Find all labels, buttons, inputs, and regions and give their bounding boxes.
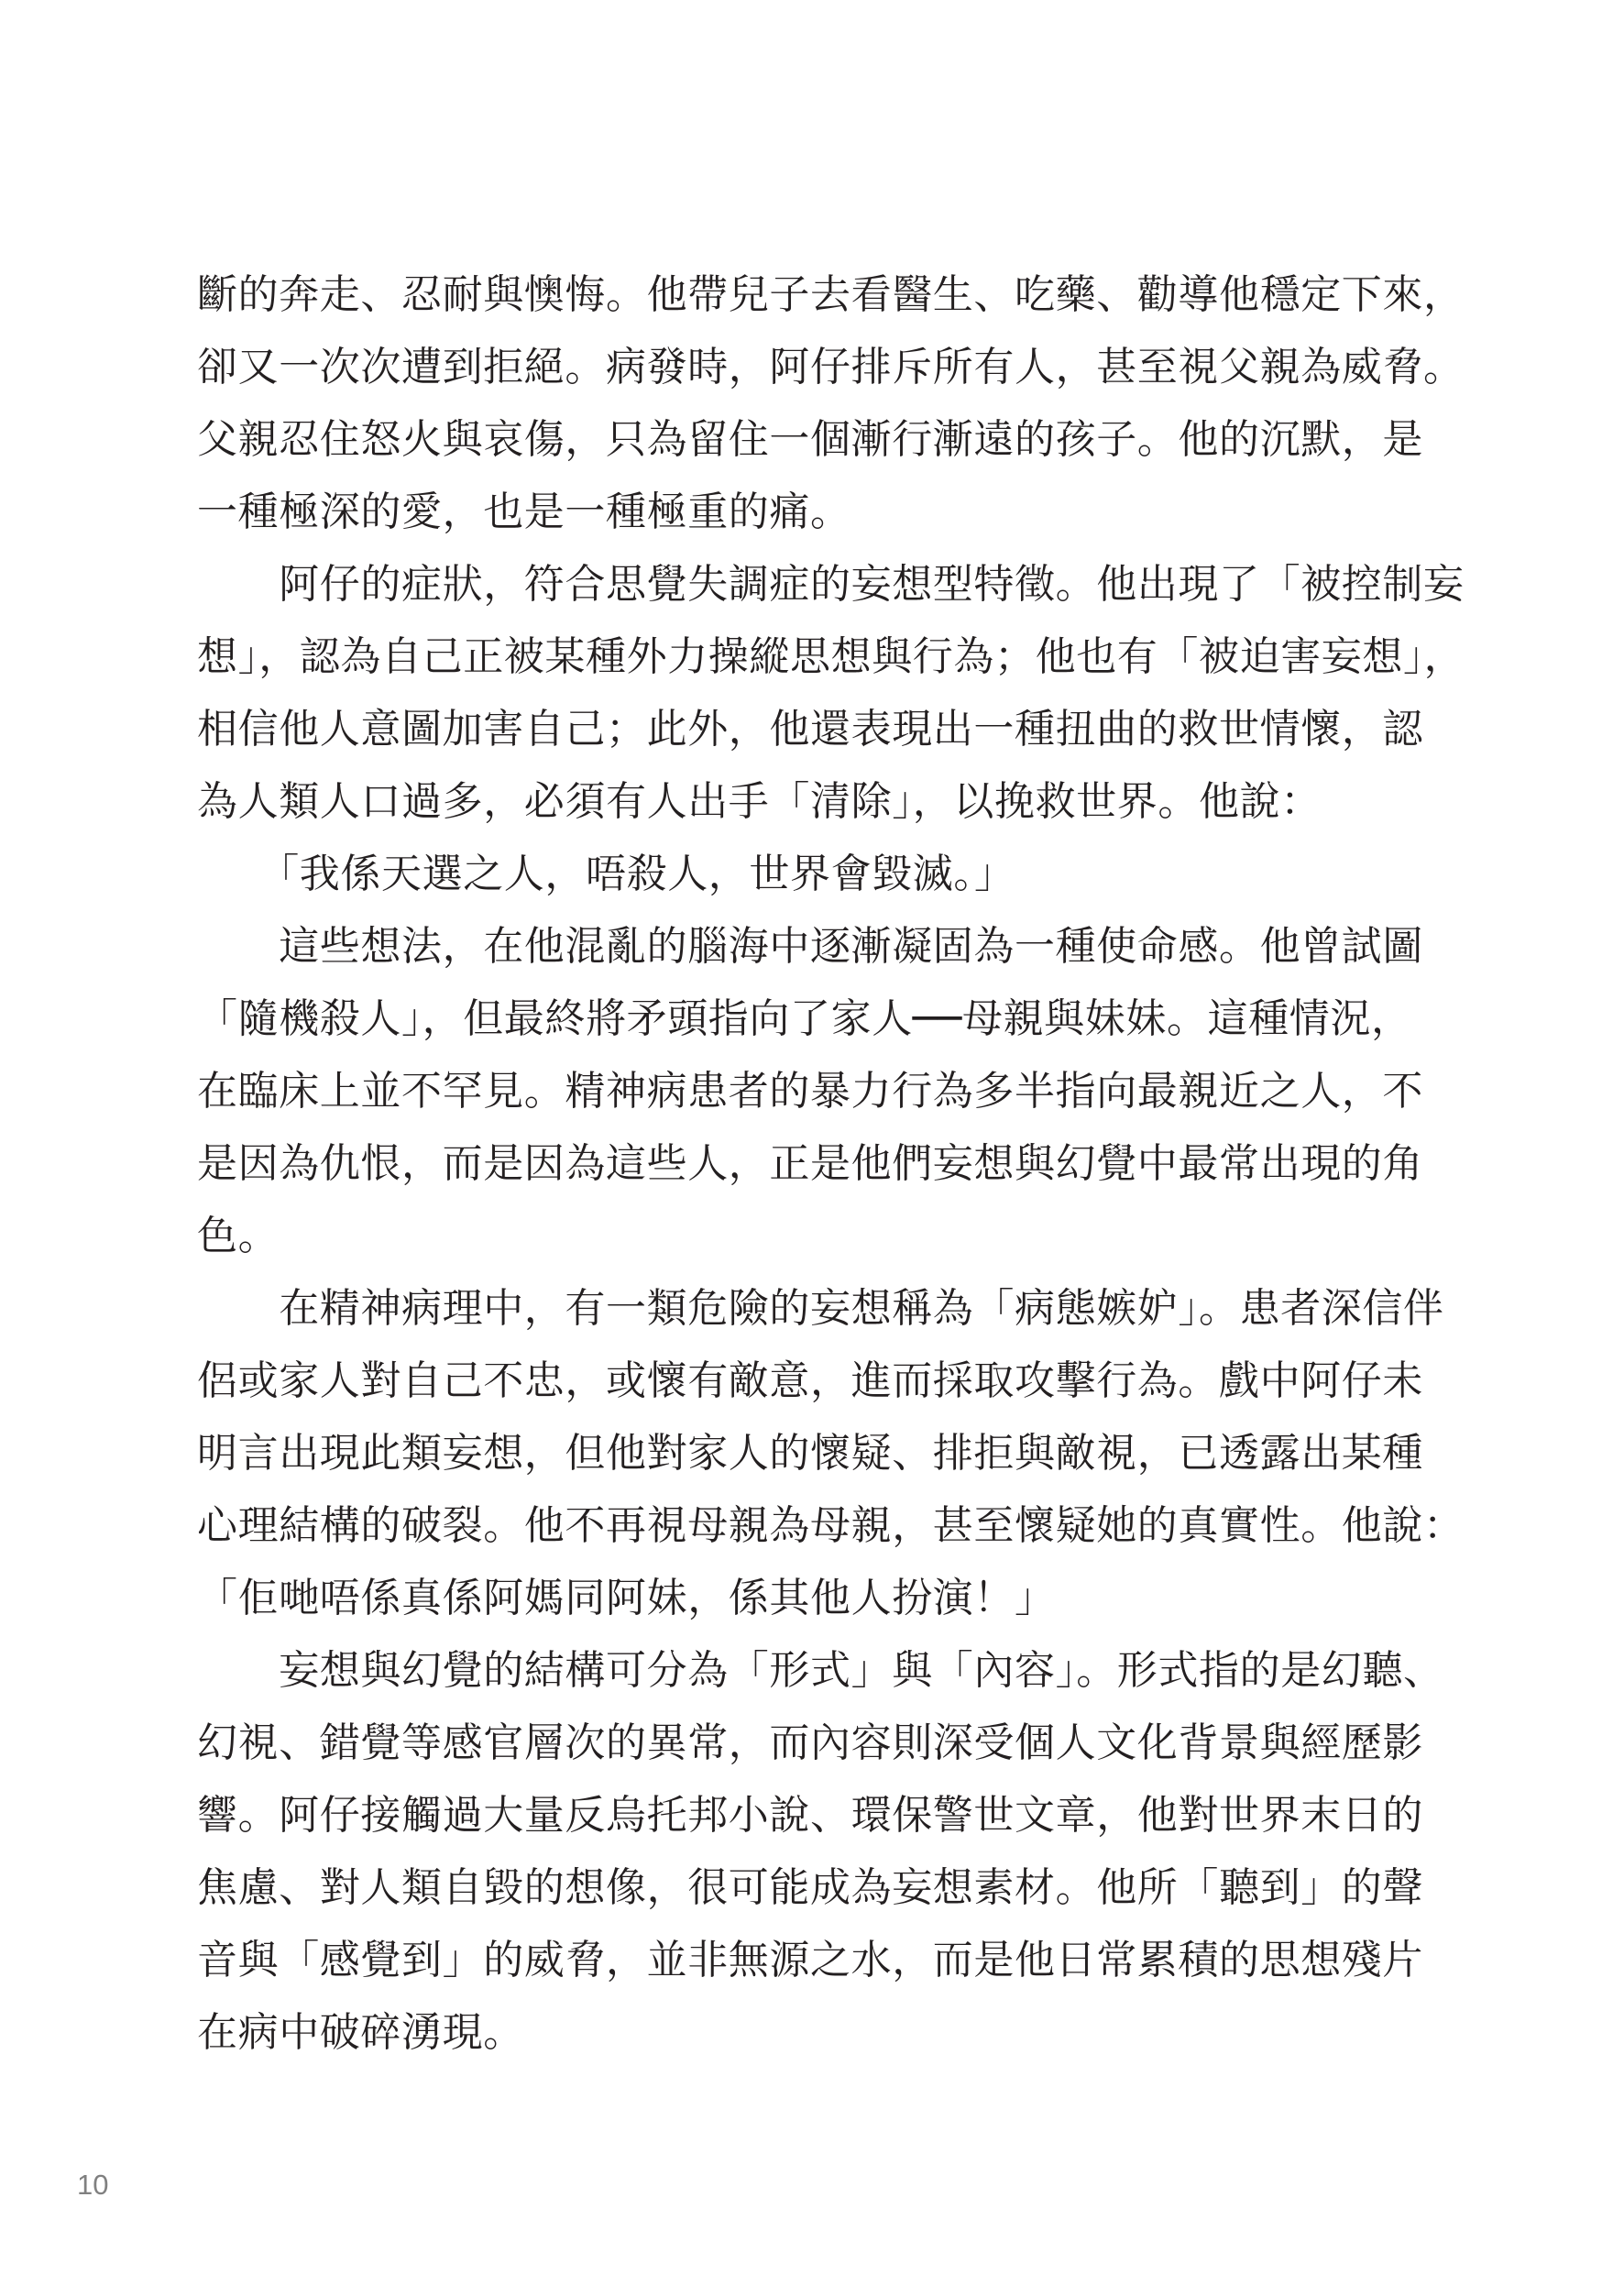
- text-line: 響。阿仔接觸過大量反烏托邦小說、環保警世文章，他對世界末日的: [197, 1779, 1454, 1851]
- text-line: 斷的奔走、忍耐與懊悔。他帶兒子去看醫生、吃藥、勸導他穩定下來，: [197, 258, 1454, 331]
- body-text: 斷的奔走、忍耐與懊悔。他帶兒子去看醫生、吃藥、勸導他穩定下來， 卻又一次次遭到拒…: [197, 258, 1454, 2069]
- text-line: 明言出現此類妄想，但他對家人的懷疑、排拒與敵視，已透露出某種: [197, 1417, 1454, 1489]
- document-page: 斷的奔走、忍耐與懊悔。他帶兒子去看醫生、吃藥、勸導他穩定下來， 卻又一次次遭到拒…: [0, 0, 1624, 2274]
- text-line: 在病中破碎湧現。: [197, 1996, 1454, 2069]
- text-line: 在臨床上並不罕見。精神病患者的暴力行為多半指向最親近之人，不: [197, 1055, 1454, 1127]
- page-number: 10: [77, 2169, 108, 2202]
- text-line: 色。: [197, 1200, 1454, 1272]
- text-line: 父親忍住怒火與哀傷，只為留住一個漸行漸遠的孩子。他的沉默，是: [197, 403, 1454, 476]
- text-line: 想」，認為自己正被某種外力操縱思想與行為；他也有「被迫害妄想」，: [197, 621, 1454, 693]
- text-line: 「隨機殺人」，但最終將矛頭指向了家人──母親與妹妹。這種情況，: [197, 983, 1454, 1055]
- text-line: 這些想法，在他混亂的腦海中逐漸凝固為一種使命感。他曾試圖: [197, 910, 1454, 983]
- quote-line: 「我係天選之人，唔殺人，世界會毀滅。」: [197, 838, 1454, 910]
- text-line: 侶或家人對自己不忠，或懷有敵意，進而採取攻擊行為。戲中阿仔未: [197, 1345, 1454, 1417]
- text-line: 為人類人口過多，必須有人出手「清除」，以挽救世界。他說：: [197, 765, 1454, 838]
- text-line: 一種極深的愛，也是一種極重的痛。: [197, 476, 1454, 548]
- text-line: 焦慮、對人類自毀的想像，很可能成為妄想素材。他所「聽到」的聲: [197, 1851, 1454, 1924]
- text-line: 心理結構的破裂。他不再視母親為母親，甚至懷疑她的真實性。他說：: [197, 1489, 1454, 1562]
- text-line: 幻視、錯覺等感官層次的異常，而內容則深受個人文化背景與經歷影: [197, 1707, 1454, 1779]
- text-line: 是因為仇恨，而是因為這些人，正是他們妄想與幻覺中最常出現的角: [197, 1127, 1454, 1200]
- text-line: 相信他人意圖加害自己；此外，他還表現出一種扭曲的救世情懷，認: [197, 693, 1454, 765]
- text-line: 阿仔的症狀，符合思覺失調症的妄想型特徵。他出現了「被控制妄: [197, 548, 1454, 621]
- text-line: 卻又一次次遭到拒絕。病發時，阿仔排斥所有人，甚至視父親為威脅。: [197, 331, 1454, 403]
- text-line: 在精神病理中，有一類危險的妄想稱為「病態嫉妒」。患者深信伴: [197, 1272, 1454, 1345]
- text-line: 妄想與幻覺的結構可分為「形式」與「內容」。形式指的是幻聽、: [197, 1634, 1454, 1707]
- quote-line: 「佢哋唔係真係阿媽同阿妹，係其他人扮演！」: [197, 1562, 1454, 1634]
- text-line: 音與「感覺到」的威脅，並非無源之水，而是他日常累積的思想殘片: [197, 1924, 1454, 1996]
